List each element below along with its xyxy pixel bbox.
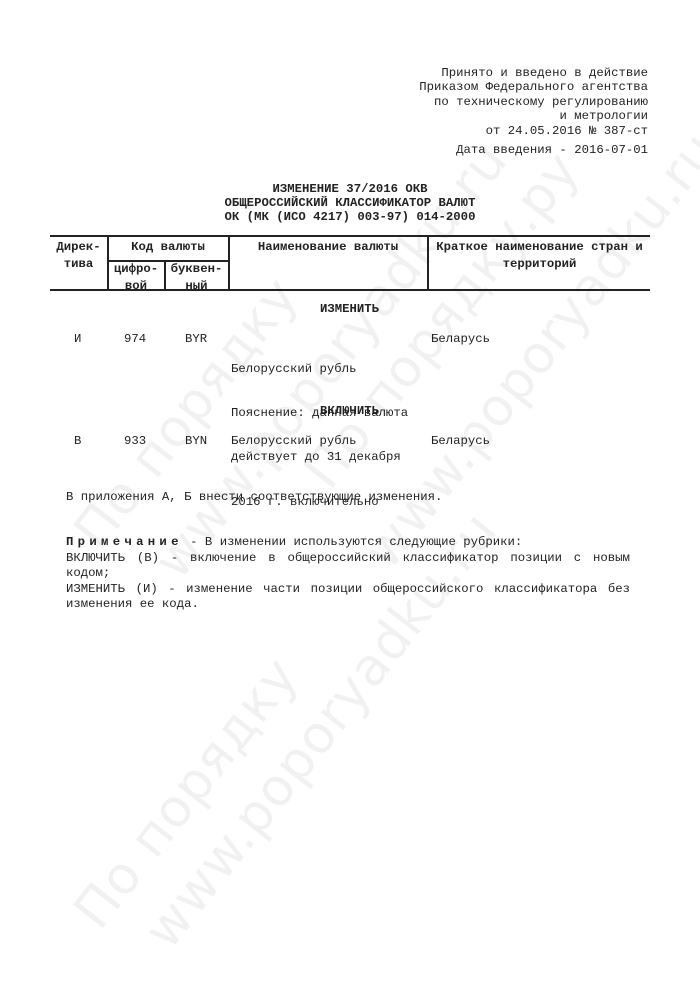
- section-label-include: ВКЛЮЧИТЬ: [320, 404, 379, 418]
- note-word: позиции: [510, 551, 562, 567]
- approval-line: по техническому регулированию: [419, 95, 648, 109]
- header-directive-line1: Дирек-: [50, 239, 107, 256]
- title-line: ИЗМЕНЕНИЕ 37/2016 ОКВ: [0, 183, 700, 197]
- cell-directive: В: [74, 434, 81, 449]
- note-change-line: ИЗМЕНИТЬ (И) - изменение части позиции о…: [66, 582, 630, 598]
- header-numeric-line1: цифро-: [108, 261, 164, 278]
- note-include-line: ВКЛЮЧИТЬ (В) - включение в общероссийски…: [66, 551, 630, 567]
- note-word: общероссийского: [373, 582, 484, 598]
- title-line: ОБЩЕРОССИЙСКИЙ КЛАССИФИКАТОР ВАЛЮТ: [0, 197, 700, 211]
- title-line: ОК (МК (ИСО 4217) 003-97) 014-2000: [0, 211, 700, 225]
- note-word: части: [263, 582, 300, 598]
- approval-line: от 24.05.2016 № 387-ст: [419, 124, 648, 138]
- cell-country: Беларусь: [431, 332, 490, 347]
- note-word: (В): [137, 551, 159, 567]
- header-alpha-line2: ный: [165, 278, 228, 295]
- cell-directive: И: [74, 332, 81, 347]
- note-block: Примечание - В изменении используются сл…: [66, 535, 630, 613]
- note-word: общероссийский: [287, 551, 390, 567]
- cell-numeric-code: 933: [124, 434, 146, 449]
- header-numeric-line2: вой: [108, 278, 164, 295]
- header-directive: Дирек- тива: [50, 239, 107, 273]
- cell-country: Беларусь: [431, 434, 490, 449]
- header-alpha-code: буквен- ный: [165, 261, 228, 295]
- header-currency-code: Код валюты: [108, 239, 228, 256]
- note-word: с: [574, 551, 581, 567]
- note-include-end: кодом;: [66, 566, 630, 582]
- note-word: включение: [190, 551, 256, 567]
- currency-name-line: Белорусский рубль: [231, 362, 408, 377]
- header-currency-name: Наименование валюты: [229, 239, 427, 256]
- note-word: ВКЛЮЧИТЬ: [66, 551, 125, 567]
- header-country-line1: Краткое наименование стран и: [429, 239, 650, 256]
- note-word: (И): [136, 582, 158, 598]
- note-word: -: [171, 551, 178, 567]
- note-change-end: изменения ее кода.: [66, 597, 630, 613]
- note-word: в: [268, 551, 275, 567]
- currency-name-line: действует до 31 декабря: [231, 450, 408, 465]
- section-label-change: ИЗМЕНИТЬ: [320, 302, 379, 316]
- note-word: изменение: [186, 582, 252, 598]
- header-country-line2: территорий: [429, 256, 650, 273]
- appendix-instruction: В приложения А, Б внести соответствующие…: [66, 490, 442, 504]
- note-word: без: [608, 582, 630, 598]
- cell-currency-name: Белорусский рубль: [231, 434, 356, 449]
- note-intro-line: Примечание - В изменении используются сл…: [66, 535, 630, 551]
- note-word: классификатор: [403, 551, 499, 567]
- approval-block: Принято и введено в действие Приказом Фе…: [419, 66, 648, 138]
- note-word: позиции: [311, 582, 363, 598]
- header-numeric-code: цифро- вой: [108, 261, 164, 295]
- note-label: Примечание: [66, 535, 183, 551]
- header-country: Краткое наименование стран и территорий: [429, 239, 650, 273]
- document-title: ИЗМЕНЕНИЕ 37/2016 ОКВ ОБЩЕРОССИЙСКИЙ КЛА…: [0, 183, 700, 224]
- intro-date: Дата введения - 2016-07-01: [456, 143, 648, 157]
- table-header: Дирек- тива Код валюты цифро- вой буквен…: [50, 235, 650, 291]
- cell-alpha-code: BYR: [185, 332, 207, 347]
- header-directive-line2: тива: [50, 256, 107, 273]
- note-word: -: [168, 582, 175, 598]
- note-intro: - В изменении используются следующие руб…: [183, 535, 522, 551]
- approval-line: и метрологии: [419, 109, 648, 123]
- approval-line: Принято и введено в действие: [419, 66, 648, 80]
- cell-numeric-code: 974: [124, 332, 146, 347]
- cell-alpha-code: BYN: [185, 434, 207, 449]
- note-word: ИЗМЕНИТЬ: [66, 582, 125, 598]
- watermark-text: По порядку: [63, 646, 311, 940]
- approval-line: Приказом Федерального агентства: [419, 80, 648, 94]
- note-word: новым: [593, 551, 630, 567]
- note-word: классификатора: [494, 582, 597, 598]
- header-alpha-line1: буквен-: [165, 261, 228, 278]
- document-page: По порядку www.poporyadku.ru По порядку …: [0, 0, 700, 990]
